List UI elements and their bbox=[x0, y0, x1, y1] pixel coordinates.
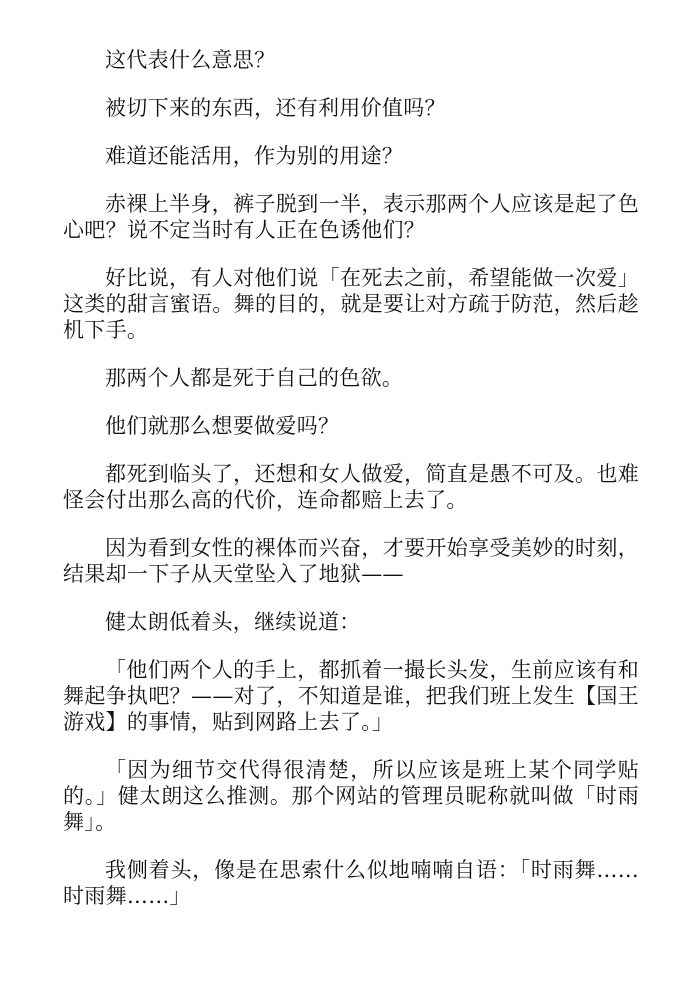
paragraph: 好比说，有人对他们说「在死去之前，希望能做一次爱」这类的甜言蜜语。舞的目的，就是… bbox=[63, 265, 639, 343]
paragraph: 他们就那么想要做爱吗？ bbox=[63, 413, 639, 439]
paragraph: 赤裸上半身，裤子脱到一半，表示那两个人应该是起了色心吧？说不定当时有人正在色诱他… bbox=[63, 191, 639, 243]
paragraph: 这代表什么意思？ bbox=[63, 47, 639, 73]
paragraph: 被切下来的东西，还有利用价值吗？ bbox=[63, 95, 639, 121]
paragraph: 都死到临头了，还想和女人做爱，简直是愚不可及。也难怪会付出那么高的代价，连命都赔… bbox=[63, 461, 639, 513]
paragraph: 因为看到女性的裸体而兴奋，才要开始享受美妙的时刻，结果却一下子从天堂坠入了地狱—… bbox=[63, 535, 639, 587]
paragraph: 难道还能活用，作为别的用途？ bbox=[63, 143, 639, 169]
paragraph: 健太朗低着头，继续说道： bbox=[63, 609, 639, 635]
document-page: 这代表什么意思？ 被切下来的东西，还有利用价值吗？ 难道还能活用，作为别的用途？… bbox=[63, 47, 639, 931]
paragraph: 我侧着头，像是在思索什么似地喃喃自语：「时雨舞……时雨舞……」 bbox=[63, 857, 639, 909]
paragraph: 「因为细节交代得很清楚，所以应该是班上某个同学贴的。」健太朗这么推测。那个网站的… bbox=[63, 757, 639, 835]
paragraph: 那两个人都是死于自己的色欲。 bbox=[63, 365, 639, 391]
paragraph: 「他们两个人的手上，都抓着一撮长头发，生前应该有和舞起争执吧？——对了，不知道是… bbox=[63, 657, 639, 735]
